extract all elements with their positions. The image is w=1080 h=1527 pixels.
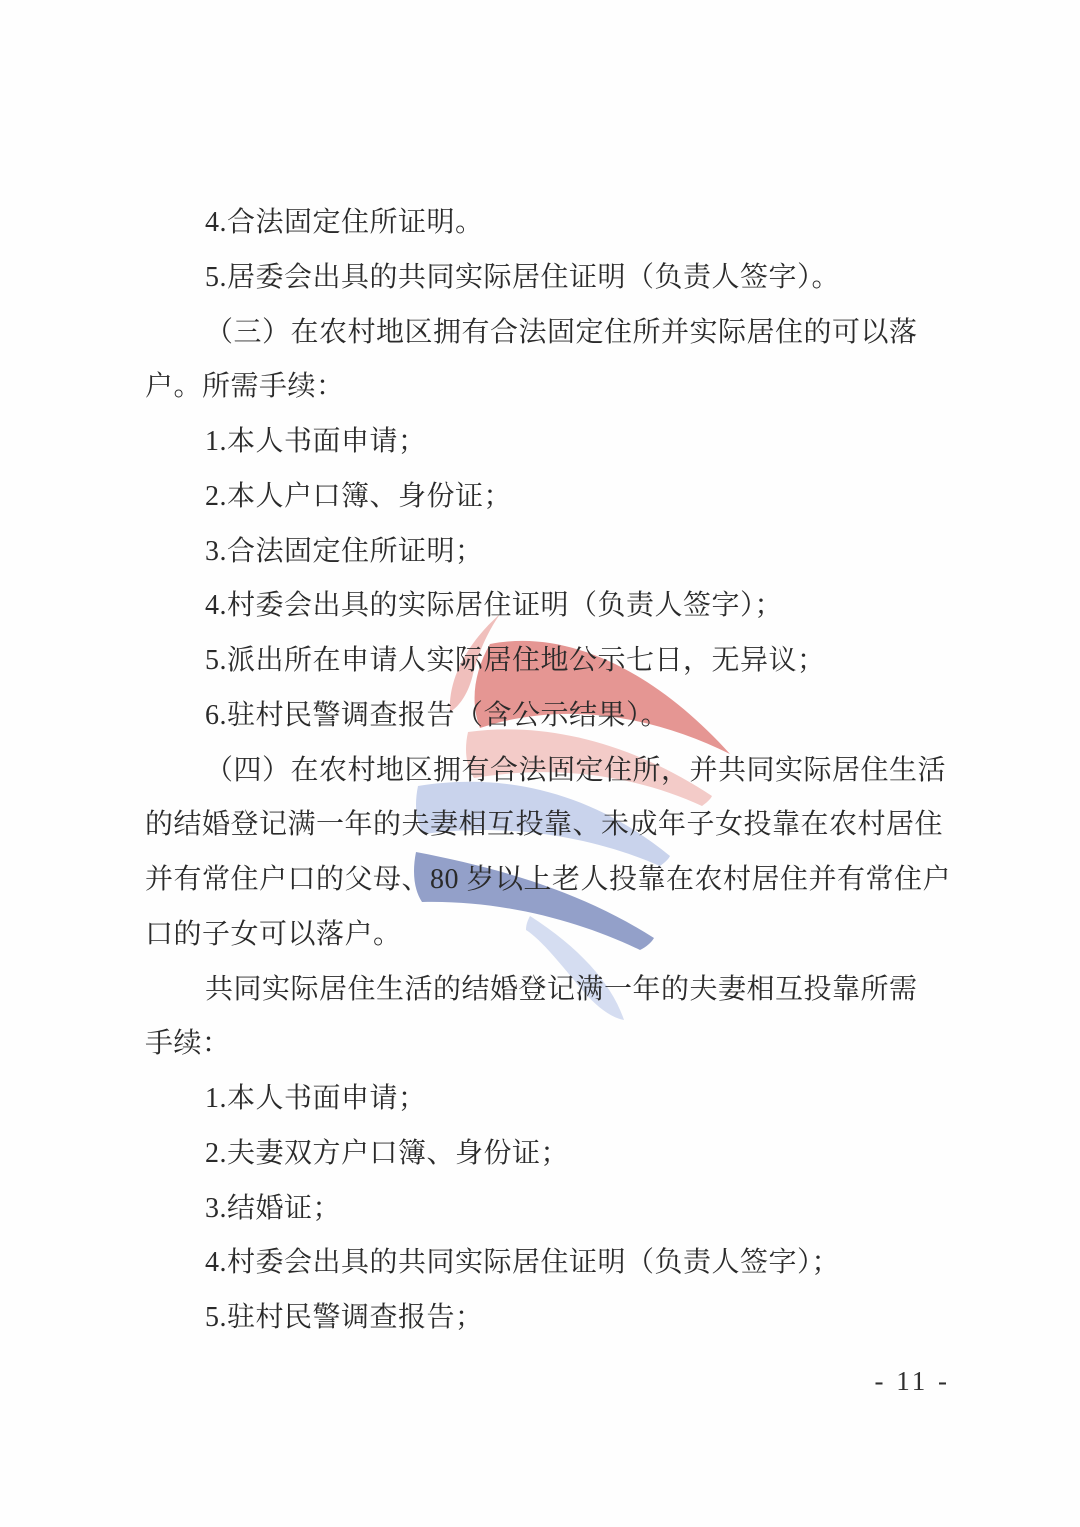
text-line: 共同实际居住生活的结婚登记满一年的夫妻相互投靠所需 — [145, 963, 955, 1018]
text-line: 2.夫妻双方户口簿、身份证； — [145, 1127, 955, 1182]
text-line: 6.驻村民警调查报告（含公示结果）。 — [145, 689, 955, 744]
text-line: 1.本人书面申请； — [145, 1072, 955, 1127]
text-line: 3.合法固定住所证明； — [145, 525, 955, 580]
text-line: 5.派出所在申请人实际居住地公示七日，无异议； — [145, 634, 955, 689]
text-line: 4.村委会出具的实际居住证明（负责人签字）； — [145, 579, 955, 634]
text-line: （四）在农村地区拥有合法固定住所，并共同实际居住生活 — [145, 744, 955, 799]
document-body: 4.合法固定住所证明。5.居委会出具的共同实际居住证明（负责人签字）。（三）在农… — [145, 196, 955, 1346]
text-line: 5.驻村民警调查报告； — [145, 1291, 955, 1346]
text-line: 户。所需手续： — [145, 360, 955, 415]
text-line: 1.本人书面申请； — [145, 415, 955, 470]
page-number: - 11 - — [875, 1366, 950, 1397]
text-line: 4.合法固定住所证明。 — [145, 196, 955, 251]
text-line: 4.村委会出具的共同实际居住证明（负责人签字）； — [145, 1236, 955, 1291]
text-line: 2.本人户口簿、身份证； — [145, 470, 955, 525]
text-line: 3.结婚证； — [145, 1182, 955, 1237]
text-line: 并有常住户口的父母、80 岁以上老人投靠在农村居住并有常住户 — [145, 853, 955, 908]
document-page: 4.合法固定住所证明。5.居委会出具的共同实际居住证明（负责人签字）。（三）在农… — [0, 0, 1080, 1527]
text-line: 的结婚登记满一年的夫妻相互投靠、未成年子女投靠在农村居住 — [145, 798, 955, 853]
text-line: 手续： — [145, 1017, 955, 1072]
text-line: 口的子女可以落户。 — [145, 908, 955, 963]
text-line: 5.居委会出具的共同实际居住证明（负责人签字）。 — [145, 251, 955, 306]
text-line: （三）在农村地区拥有合法固定住所并实际居住的可以落 — [145, 306, 955, 361]
